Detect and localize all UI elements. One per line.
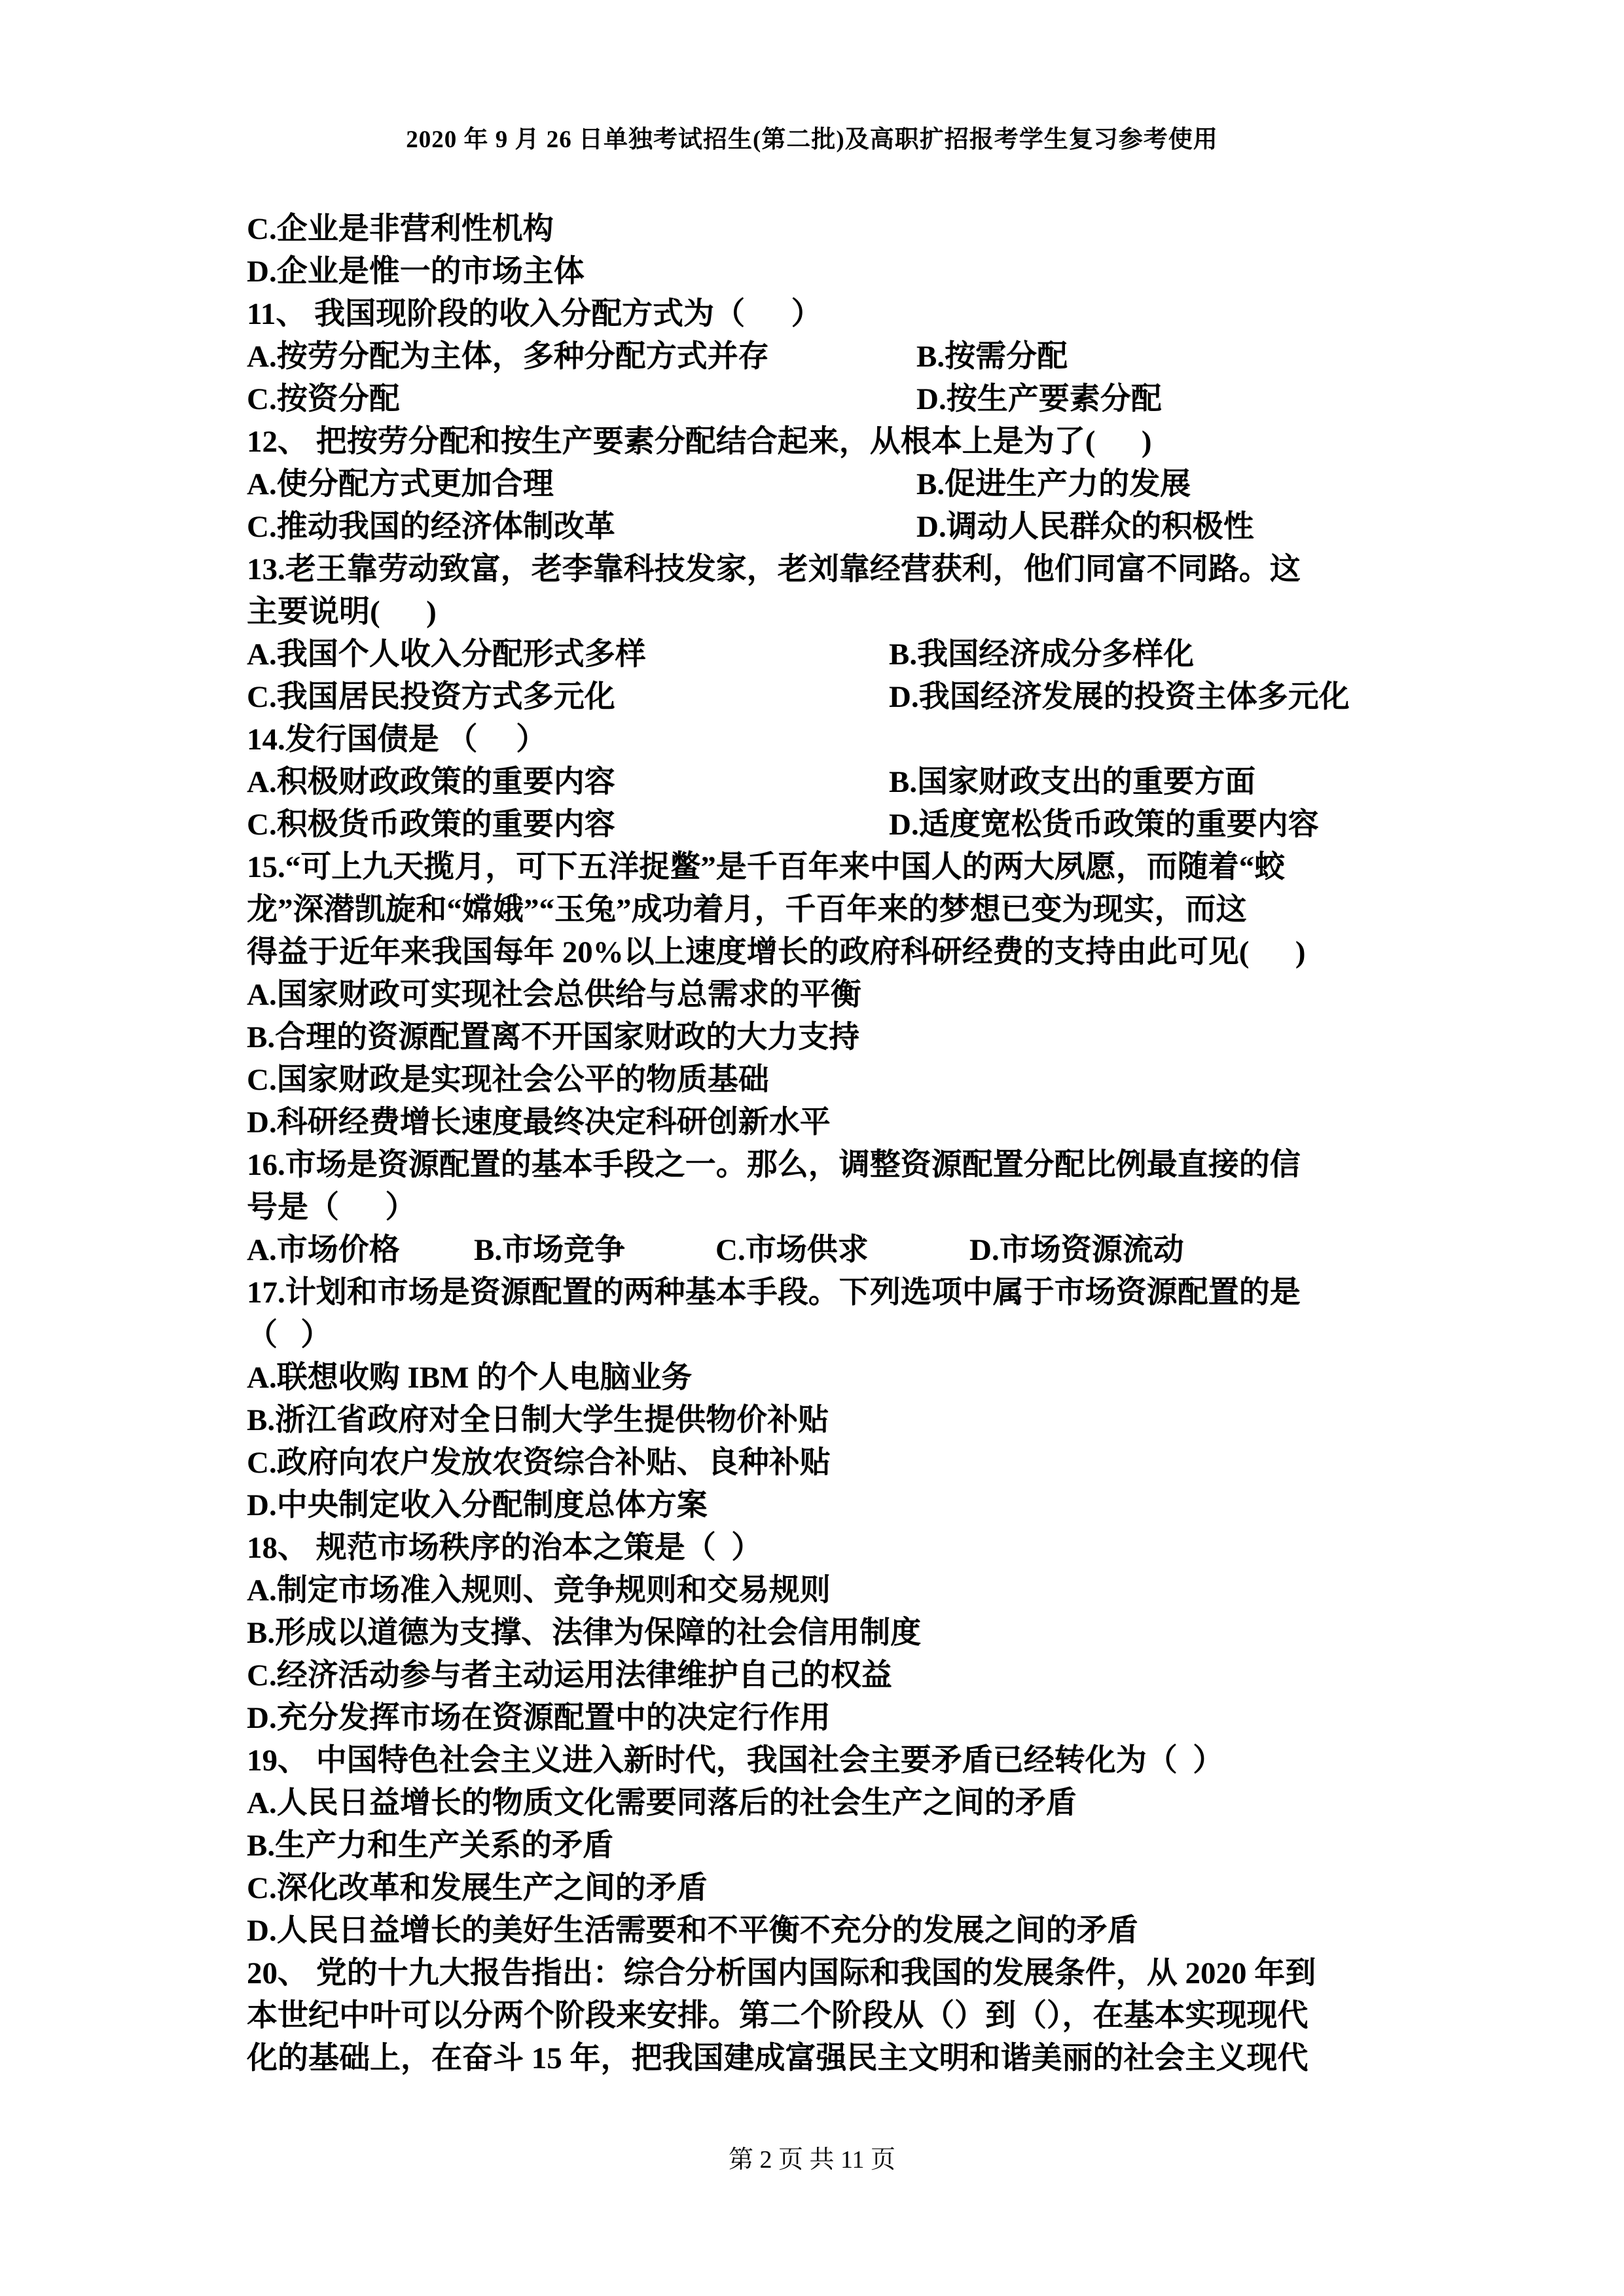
q14-options-ab-seg-1: B.国家财政支出的重要方面 — [889, 761, 1255, 804]
q18-stem-seg-0: 18、 规范市场秩序的治本之策是（ ） — [247, 1527, 762, 1570]
q17-option-b: B.浙江省政府对全日制大学生提供物价补贴 — [247, 1399, 1386, 1442]
q14-options-cd: C.积极货币政策的重要内容D.适度宽松货币政策的重要内容 — [247, 804, 1386, 846]
q19-stem: 19、 中国特色社会主义进入新时代，我国社会主要矛盾已经转化为（ ） — [247, 1740, 1386, 1782]
q11-options-cd-seg-0: C.按资分配 — [247, 378, 400, 421]
q14-options-ab: A.积极财政政策的重要内容B.国家财政支出的重要方面 — [247, 761, 1386, 804]
q10-option-d-seg-0: D.企业是惟一的市场主体 — [247, 251, 585, 293]
q19-option-b: B.生产力和生产关系的矛盾 — [247, 1825, 1386, 1867]
q18-option-a: A.制定市场准入规则、竞争规则和交易规则 — [247, 1570, 1386, 1612]
q10-option-c-seg-0: C.企业是非营利性机构 — [247, 208, 554, 251]
q17-option-d-seg-0: D.中央制定收入分配制度总体方案 — [247, 1484, 708, 1527]
q11-options-cd-seg-1: D.按生产要素分配 — [916, 378, 1162, 421]
q15-option-a-seg-0: A.国家财政可实现社会总供给与总需求的平衡 — [247, 974, 861, 1016]
q12-options-ab: A.使分配方式更加合理B.促进生产力的发展 — [247, 463, 1386, 506]
q13-stem-line1: 13.老王靠劳动致富，老李靠科技发家，老刘靠经营获利，他们同富不同路。这 — [247, 548, 1386, 591]
q16-stem-line1-seg-0: 16.市场是资源配置的基本手段之一。那么，调整资源配置分配比例最直接的信 — [247, 1144, 1301, 1187]
q13-options-cd-seg-0: C.我国居民投资方式多元化 — [247, 676, 615, 719]
q15-stem-line1-seg-0: 15.“可上九天揽月，可下五洋捉鳖”是千百年来中国人的两大夙愿，而随着“蛟 — [247, 846, 1285, 889]
q17-stem-line2: （ ） — [247, 1314, 1386, 1357]
q19-option-d: D.人民日益增长的美好生活需要和不平衡不充分的发展之间的矛盾 — [247, 1910, 1386, 1952]
q17-stem-line1: 17.计划和市场是资源配置的两种基本手段。下列选项中属于市场资源配置的是 — [247, 1272, 1386, 1314]
q15-option-d-seg-0: D.科研经费增长速度最终决定科研创新水平 — [247, 1102, 831, 1144]
q13-stem-line2-seg-0: 主要说明( ) — [247, 591, 437, 634]
q15-stem-line2-seg-0: 龙”深潜凯旋和“嫦娥”“玉兔”成功着月，千百年来的梦想已变为现实，而这 — [247, 889, 1247, 931]
q16-options: A.市场价格B.市场竞争C.市场供求D.市场资源流动 — [247, 1229, 1386, 1272]
q15-stem-line2: 龙”深潜凯旋和“嫦娥”“玉兔”成功着月，千百年来的梦想已变为现实，而这 — [247, 889, 1386, 931]
q12-options-cd-seg-1: D.调动人民群众的积极性 — [916, 506, 1254, 548]
q15-option-c-seg-0: C.国家财政是实现社会公平的物质基础 — [247, 1059, 769, 1102]
q15-stem-line1: 15.“可上九天揽月，可下五洋捉鳖”是千百年来中国人的两大夙愿，而随着“蛟 — [247, 846, 1386, 889]
q17-option-c: C.政府向农户发放农资综合补贴、良种补贴 — [247, 1442, 1386, 1484]
q16-stem-line2: 号是（ ） — [247, 1187, 1386, 1229]
q18-option-d-seg-0: D.充分发挥市场在资源配置中的决定行作用 — [247, 1697, 831, 1740]
exam-document-page: 2020 年 9 月 26 日单独考试招生(第二批)及高职扩招报考学生复习参考使… — [0, 0, 1624, 2296]
q12-stem: 12、 把按劳分配和按生产要素分配结合起来，从根本上是为了( ) — [247, 421, 1386, 463]
q18-option-c: C.经济活动参与者主动运用法律维护自己的权益 — [247, 1655, 1386, 1697]
q15-option-a: A.国家财政可实现社会总供给与总需求的平衡 — [247, 974, 1386, 1016]
q20-stem-line1-seg-0: 20、 党的十九大报告指出：综合分析国内国际和我国的发展条件，从 2020 年到 — [247, 1952, 1316, 1995]
q20-stem-line3: 化的基础上，在奋斗 15 年，把我国建成富强民主文明和谐美丽的社会主义现代 — [247, 2037, 1386, 2080]
q12-options-ab-seg-0: A.使分配方式更加合理 — [247, 463, 554, 506]
q11-options-ab-seg-0: A.按劳分配为主体，多种分配方式并存 — [247, 336, 769, 378]
q12-options-cd-seg-0: C.推动我国的经济体制改革 — [247, 506, 615, 548]
q17-option-d: D.中央制定收入分配制度总体方案 — [247, 1484, 1386, 1527]
q12-stem-seg-0: 12、 把按劳分配和按生产要素分配结合起来，从根本上是为了( ) — [247, 421, 1152, 463]
q16-options-seg-3: D.市场资源流动 — [969, 1229, 1184, 1272]
q10-option-c: C.企业是非营利性机构 — [247, 208, 1386, 251]
q16-stem-line1: 16.市场是资源配置的基本手段之一。那么，调整资源配置分配比例最直接的信 — [247, 1144, 1386, 1187]
q20-stem-line3-seg-0: 化的基础上，在奋斗 15 年，把我国建成富强民主文明和谐美丽的社会主义现代 — [247, 2037, 1308, 2080]
q12-options-ab-seg-1: B.促进生产力的发展 — [916, 463, 1191, 506]
q19-option-d-seg-0: D.人民日益增长的美好生活需要和不平衡不充分的发展之间的矛盾 — [247, 1910, 1138, 1952]
q14-stem: 14.发行国债是 （ ） — [247, 719, 1386, 761]
page-header-title: 2020 年 9 月 26 日单独考试招生(第二批)及高职扩招报考学生复习参考使… — [0, 119, 1624, 154]
q11-stem-seg-0: 11、 我国现阶段的收入分配方式为（ ） — [247, 293, 822, 336]
q18-option-b: B.形成以道德为支撑、法律为保障的社会信用制度 — [247, 1612, 1386, 1655]
q13-stem-line2: 主要说明( ) — [247, 591, 1386, 634]
q11-options-ab: A.按劳分配为主体，多种分配方式并存B.按需分配 — [247, 336, 1386, 378]
q12-options-cd: C.推动我国的经济体制改革D.调动人民群众的积极性 — [247, 506, 1386, 548]
q19-option-a: A.人民日益增长的物质文化需要同落后的社会生产之间的矛盾 — [247, 1782, 1386, 1825]
q11-stem: 11、 我国现阶段的收入分配方式为（ ） — [247, 293, 1386, 336]
q14-options-ab-seg-0: A.积极财政政策的重要内容 — [247, 761, 615, 804]
q20-stem-line1: 20、 党的十九大报告指出：综合分析国内国际和我国的发展条件，从 2020 年到 — [247, 1952, 1386, 1995]
page-footer-pagination: 第 2 页 共 11 页 — [0, 2139, 1624, 2175]
q20-stem-line2-seg-0: 本世纪中叶可以分两个阶段来安排。第二个阶段从（）到（），在基本实现现代 — [247, 1995, 1308, 2037]
q19-option-c-seg-0: C.深化改革和发展生产之间的矛盾 — [247, 1867, 708, 1910]
q13-options-ab-seg-0: A.我国个人收入分配形式多样 — [247, 634, 646, 676]
q19-stem-seg-0: 19、 中国特色社会主义进入新时代，我国社会主要矛盾已经转化为（ ） — [247, 1740, 1223, 1782]
q15-option-b: B.合理的资源配置离不开国家财政的大力支持 — [247, 1016, 1386, 1059]
q17-option-c-seg-0: C.政府向农户发放农资综合补贴、良种补贴 — [247, 1442, 831, 1484]
q11-options-cd: C.按资分配D.按生产要素分配 — [247, 378, 1386, 421]
q19-option-a-seg-0: A.人民日益增长的物质文化需要同落后的社会生产之间的矛盾 — [247, 1782, 1077, 1825]
q15-option-d: D.科研经费增长速度最终决定科研创新水平 — [247, 1102, 1386, 1144]
q13-options-ab: A.我国个人收入分配形式多样B.我国经济成分多样化 — [247, 634, 1386, 676]
q14-options-cd-seg-1: D.适度宽松货币政策的重要内容 — [889, 804, 1319, 846]
q11-options-ab-seg-1: B.按需分配 — [916, 336, 1068, 378]
q19-option-b-seg-0: B.生产力和生产关系的矛盾 — [247, 1825, 613, 1867]
q16-options-seg-1: B.市场竞争 — [474, 1229, 625, 1272]
question-list: C.企业是非营利性机构D.企业是惟一的市场主体11、 我国现阶段的收入分配方式为… — [247, 208, 1386, 2080]
q14-stem-seg-0: 14.发行国债是 （ ） — [247, 719, 547, 761]
q17-option-b-seg-0: B.浙江省政府对全日制大学生提供物价补贴 — [247, 1399, 829, 1442]
q18-option-a-seg-0: A.制定市场准入规则、竞争规则和交易规则 — [247, 1570, 831, 1612]
q20-stem-line2: 本世纪中叶可以分两个阶段来安排。第二个阶段从（）到（），在基本实现现代 — [247, 1995, 1386, 2037]
q13-options-cd-seg-1: D.我国经济发展的投资主体多元化 — [889, 676, 1350, 719]
q13-options-cd: C.我国居民投资方式多元化D.我国经济发展的投资主体多元化 — [247, 676, 1386, 719]
q18-option-b-seg-0: B.形成以道德为支撑、法律为保障的社会信用制度 — [247, 1612, 921, 1655]
q17-stem-line2-seg-0: （ ） — [247, 1314, 331, 1357]
q18-option-c-seg-0: C.经济活动参与者主动运用法律维护自己的权益 — [247, 1655, 892, 1697]
q14-options-cd-seg-0: C.积极货币政策的重要内容 — [247, 804, 615, 846]
q10-option-d: D.企业是惟一的市场主体 — [247, 251, 1386, 293]
q15-option-b-seg-0: B.合理的资源配置离不开国家财政的大力支持 — [247, 1016, 859, 1059]
q17-option-a-seg-0: A.联想收购 IBM 的个人电脑业务 — [247, 1357, 692, 1399]
q17-option-a: A.联想收购 IBM 的个人电脑业务 — [247, 1357, 1386, 1399]
q13-options-ab-seg-1: B.我国经济成分多样化 — [889, 634, 1194, 676]
q13-stem-line1-seg-0: 13.老王靠劳动致富，老李靠科技发家，老刘靠经营获利，他们同富不同路。这 — [247, 548, 1301, 591]
q16-stem-line2-seg-0: 号是（ ） — [247, 1187, 416, 1229]
q18-option-d: D.充分发挥市场在资源配置中的决定行作用 — [247, 1697, 1386, 1740]
q15-option-c: C.国家财政是实现社会公平的物质基础 — [247, 1059, 1386, 1102]
q15-stem-line3: 得益于近年来我国每年 20%以上速度增长的政府科研经费的支持由此可见( ) — [247, 931, 1386, 974]
q19-option-c: C.深化改革和发展生产之间的矛盾 — [247, 1867, 1386, 1910]
q17-stem-line1-seg-0: 17.计划和市场是资源配置的两种基本手段。下列选项中属于市场资源配置的是 — [247, 1272, 1301, 1314]
q16-options-seg-2: C.市场供求 — [715, 1229, 869, 1272]
q15-stem-line3-seg-0: 得益于近年来我国每年 20%以上速度增长的政府科研经费的支持由此可见( ) — [247, 931, 1306, 974]
q16-options-seg-0: A.市场价格 — [247, 1229, 400, 1272]
q18-stem: 18、 规范市场秩序的治本之策是（ ） — [247, 1527, 1386, 1570]
